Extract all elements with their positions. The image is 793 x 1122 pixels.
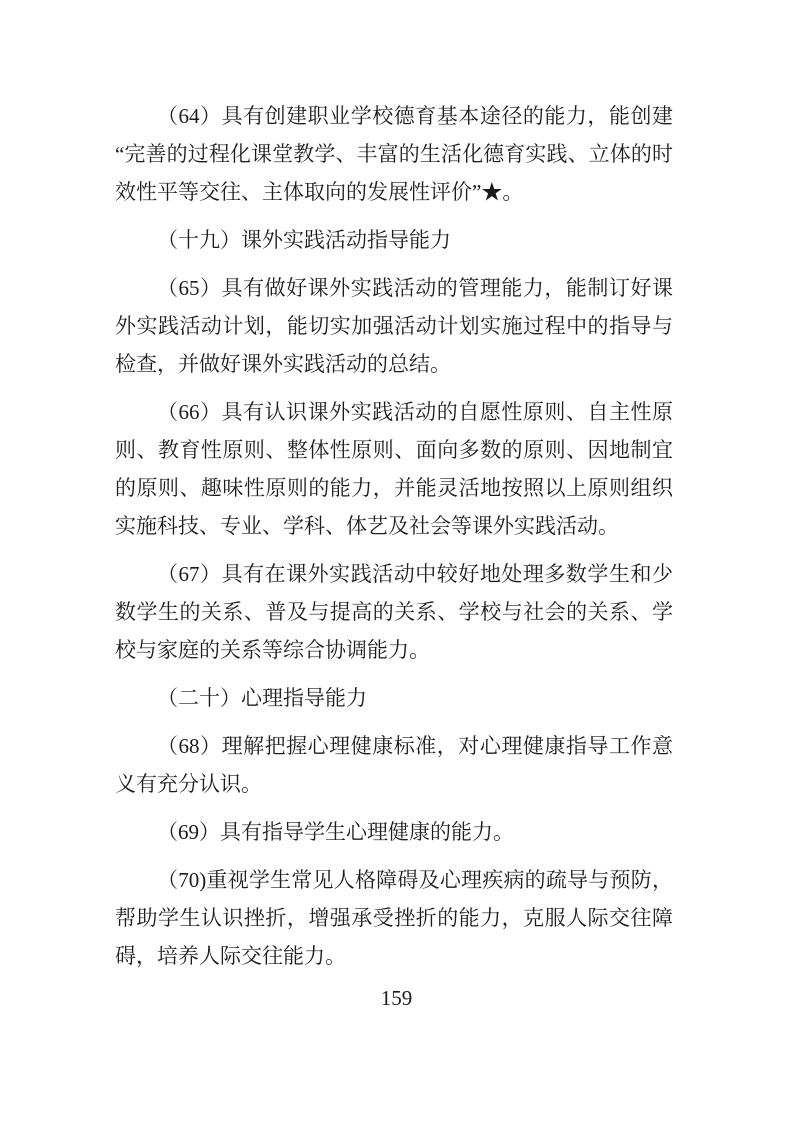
- paragraph-67: （67）具有在课外实践活动中较好地处理多数学生和少数学生的关系、普及与提高的关系…: [115, 555, 673, 669]
- page-number: 159: [0, 984, 793, 1012]
- paragraph-64: （64）具有创建职业学校德育基本途径的能力，能创建“完善的过程化课堂教学、丰富的…: [115, 97, 673, 211]
- paragraph-68: （68）理解把握心理健康标准，对心理健康指导工作意义有充分认识。: [115, 727, 673, 803]
- paragraph-70: （70)重视学生常见人格障碍及心理疾病的疏导与预防，帮助学生认识挫折，增强承受挫…: [115, 861, 673, 975]
- section-heading-19: （十九）课外实践活动指导能力: [115, 221, 673, 259]
- section-heading-20: （二十）心理指导能力: [115, 679, 673, 717]
- document-body: （64）具有创建职业学校德育基本途径的能力，能创建“完善的过程化课堂教学、丰富的…: [115, 97, 673, 985]
- document-page: （64）具有创建职业学校德育基本途径的能力，能创建“完善的过程化课堂教学、丰富的…: [0, 0, 793, 1122]
- paragraph-65: （65）具有做好课外实践活动的管理能力，能制订好课外实践活动计划，能切实加强活动…: [115, 269, 673, 383]
- paragraph-69: （69）具有指导学生心理健康的能力。: [115, 813, 673, 851]
- paragraph-66: （66）具有认识课外实践活动的自愿性原则、自主性原则、教育性原则、整体性原则、面…: [115, 393, 673, 545]
